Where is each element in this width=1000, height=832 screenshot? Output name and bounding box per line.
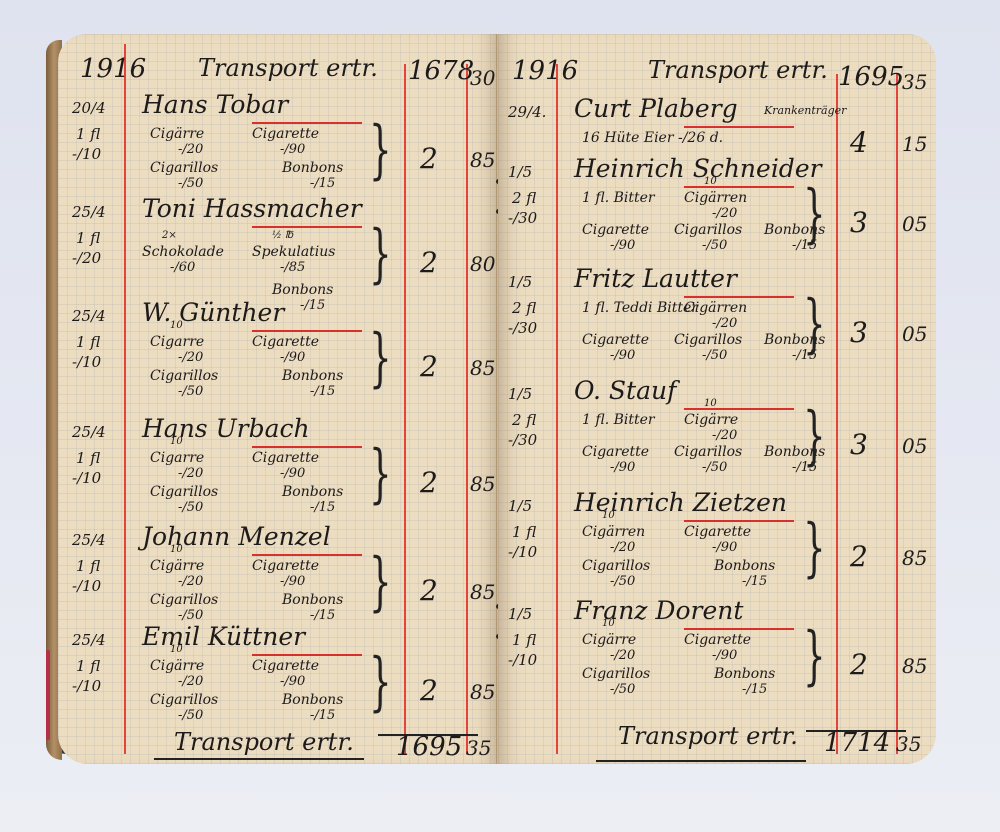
entry-total-marks: 3 [850,428,868,461]
entry-total-marks: 2 [420,574,438,607]
item-price: -/20 [712,206,737,221]
entry-deposit: -/30 [508,318,537,338]
carry-over-marks: 1695 [396,732,462,762]
name-underline [684,408,794,410]
item-group-brace: } [369,326,391,390]
item-price: -/50 [178,384,203,399]
item-price: -/50 [702,460,727,475]
entry-date: 1/5 [508,384,532,404]
item-price: -/15 [742,682,767,697]
item-qty-note: 10 [704,398,717,409]
item-price: -/20 [712,428,737,443]
item-label: 1 fl. Bitter [582,412,655,428]
entry-deposit: -/20 [72,248,101,268]
customer-name: Hans Tobar [142,90,288,119]
item-group-brace: } [369,118,391,182]
carry-over-label: Transport ertr. [618,722,798,750]
item-label: Cigarillos [150,484,218,500]
item-label: Cigarillos [582,558,650,574]
item-label: Bonbons [282,592,343,608]
item-label: Cigarillos [150,160,218,176]
item-price: -/15 [310,608,335,623]
item-price: -/50 [702,238,727,253]
entry-total-pfennig: 05 [902,434,927,458]
item-price: -/20 [178,350,203,365]
date-margin-rule [124,44,126,754]
item-group-brace: } [369,222,391,286]
name-underline [252,122,362,124]
item-label: Cigärre [150,126,204,142]
item-price: -/20 [610,648,635,663]
item-price: -/15 [310,384,335,399]
customer-name: Franz Dorent [574,596,743,625]
item-price: -/90 [280,466,305,481]
item-label: Cigarette [252,334,319,350]
item-label: Cigärre [582,632,636,648]
item-label: Cigarette [252,658,319,674]
entry-bottle-qty: 1 fl [512,522,536,542]
item-price: -/15 [310,500,335,515]
entry-total-marks: 2 [420,142,438,175]
item-price: -/90 [280,674,305,689]
entry-total-marks: 2 [420,674,438,707]
item-label: 1 fl. Bitter [582,190,655,206]
item-label: Cigarette [252,126,319,142]
entry-bottle-qty: 1 fl [76,556,100,576]
entry-bottle-qty: 1 fl [76,448,100,468]
item-label: Cigärren [582,524,645,540]
entry-total-marks: 4 [850,126,868,159]
entry-date: 1/5 [508,604,532,624]
name-underline [684,186,794,188]
carried-forward-label: Transport ertr. [648,56,828,84]
entry-deposit: -/10 [508,542,537,562]
customer-name: Curt Plaberg [574,94,738,123]
item-price: -/90 [280,574,305,589]
carried-forward-marks: 1695 [838,62,904,92]
item-label: Cigärre [684,412,738,428]
name-underline [684,628,794,630]
item-label: 1 fl. Teddi Bitter [582,300,698,316]
name-underline [684,296,794,298]
name-underline [252,226,362,228]
name-underline [252,654,362,656]
entry-total-marks: 2 [420,466,438,499]
entry-total-pfennig: 05 [902,212,927,236]
ledger-book: 1916 Transport ertr. 1678 30 20/41 fl-/1… [46,34,936,774]
item-qty-note: 2× [162,230,177,241]
page-year: 1916 [512,56,578,86]
item-price: -/20 [178,142,203,157]
item-label: Cigarillos [674,332,742,348]
entry-date: 25/4 [72,202,106,222]
item-group-brace: } [803,182,825,246]
transport-underline [596,760,806,762]
item-group-brace: } [803,516,825,580]
item-label: Cigarette [252,450,319,466]
item-price: -/60 [170,260,195,275]
item-label: Bonbons [714,558,775,574]
name-underline [684,126,794,128]
carry-over-pfennig: 35 [896,732,921,756]
item-label: Cigärre [150,558,204,574]
entry-deposit: -/30 [508,430,537,450]
item-price: -/90 [610,348,635,363]
item-price: -/50 [178,500,203,515]
customer-name: Hans Urbach [142,414,310,443]
entry-date: 1/5 [508,162,532,182]
item-qty-note: 10 [170,320,183,331]
entry-deposit: -/10 [72,352,101,372]
entry-bottle-qty: 2 fl [512,410,536,430]
item-line: 16 Hüte Eier -/26 d. [582,130,723,146]
item-label: Cigarillos [150,368,218,384]
entry-date: 25/4 [72,630,106,650]
right-page: 1916 Transport ertr. 1695 35 29/4.Curt P… [498,34,936,764]
entry-deposit: -/10 [72,144,101,164]
entry-bottle-qty: 1 fl [76,228,100,248]
item-price: -/20 [178,674,203,689]
item-label: Cigarre [150,450,204,466]
entry-deposit: -/10 [72,676,101,696]
item-price: -/20 [178,466,203,481]
entry-deposit: -/10 [508,650,537,670]
item-price: -/15 [742,574,767,589]
item-label: Cigarre [150,334,204,350]
entry-bottle-qty: 1 fl [76,124,100,144]
entry-total-pfennig: 15 [902,132,927,156]
item-group-brace: } [369,650,391,714]
item-price: -/90 [610,238,635,253]
item-label: Cigarette [684,632,751,648]
item-label: Bonbons [282,692,343,708]
item-price: -/50 [610,574,635,589]
item-price: -/85 [280,260,305,275]
item-label: Cigarillos [674,444,742,460]
entry-date: 25/4 [72,306,106,326]
entry-deposit: -/30 [508,208,537,228]
item-label: Cigarillos [674,222,742,238]
entry-total-pfennig: 80 [470,252,495,276]
entry-bottle-qty: 1 fl [512,630,536,650]
item-label: Cigarette [582,222,649,238]
item-label: Schokolade [142,244,224,260]
entry-total-marks: 3 [850,316,868,349]
item-price: -/15 [300,298,325,313]
entry-total-marks: 2 [420,350,438,383]
item-price: -/15 [310,176,335,191]
entry-deposit: -/10 [72,468,101,488]
item-label: Spekulatius [252,244,335,260]
name-underline [252,330,362,332]
item-qty-note: 10 [602,510,615,521]
entry-total-marks: 2 [850,540,868,573]
entry-bottle-qty: 2 fl [512,298,536,318]
item-label: Bonbons [272,282,333,298]
item-qty-note: 10 [602,618,615,629]
pfennig-column-rule [896,74,898,754]
item-label: Cigarillos [150,692,218,708]
entry-total-pfennig: 85 [470,680,495,704]
item-label: Bonbons [282,484,343,500]
item-group-brace: } [803,624,825,688]
entry-bottle-qty: 2 fl [512,188,536,208]
item-label: Bonbons [282,160,343,176]
entry-total-pfennig: 85 [470,472,495,496]
customer-name: W. Günther [142,298,284,327]
item-price: -/90 [712,648,737,663]
item-label: Cigarette [684,524,751,540]
item-price: -/90 [280,142,305,157]
transport-underline [154,758,364,760]
name-underline [252,554,362,556]
entry-total-marks: 2 [850,648,868,681]
entry-date: 25/4 [72,530,106,550]
left-page: 1916 Transport ertr. 1678 30 20/41 fl-/1… [58,34,498,764]
page-year: 1916 [80,54,146,84]
entry-total-pfennig: 85 [470,148,495,172]
item-price: -/15 [310,708,335,723]
item-label: Cigarillos [582,666,650,682]
entry-total-pfennig: 85 [470,356,495,380]
customer-note: Krankenträger [764,104,846,117]
customer-name: Fritz Lautter [574,264,737,293]
item-group-brace: } [803,404,825,468]
item-group-brace: } [369,442,391,506]
item-qty-note: 10 [704,176,717,187]
carried-forward-label: Transport ertr. [198,54,378,82]
item-qty-note: ½ ℔ [272,230,293,241]
item-price: -/50 [178,708,203,723]
item-label: Cigarette [252,558,319,574]
item-price: -/50 [178,176,203,191]
name-underline [684,520,794,522]
carry-over-pfennig: 35 [466,736,491,760]
entry-total-pfennig: 85 [470,580,495,604]
customer-name: Heinrich Schneider [574,154,822,183]
carry-over-label: Transport ertr. [174,728,354,756]
entry-total-pfennig: 85 [902,654,927,678]
item-qty-note: 10 [170,436,183,447]
entry-bottle-qty: 1 fl [76,656,100,676]
item-qty-note: 10 [170,644,183,655]
item-group-brace: } [369,550,391,614]
carried-forward-pfennig: 30 [470,66,495,90]
item-label: Bonbons [282,368,343,384]
customer-name: Toni Hassmacher [142,194,362,223]
item-label: Cigarette [582,444,649,460]
carried-forward-marks: 1678 [408,56,474,86]
marks-column-rule [836,74,838,754]
name-underline [252,446,362,448]
item-label: Bonbons [714,666,775,682]
entry-date: 29/4. [508,102,546,122]
date-margin-rule [556,64,558,754]
entry-total-marks: 2 [420,246,438,279]
carried-forward-pfennig: 35 [902,70,927,94]
item-label: Cigärren [684,300,747,316]
item-price: -/20 [610,540,635,555]
entry-total-marks: 3 [850,206,868,239]
item-group-brace: } [803,292,825,356]
customer-name: Emil Küttner [142,622,305,651]
item-price: -/90 [610,460,635,475]
item-price: -/90 [280,350,305,365]
item-qty-note: 10 [170,544,183,555]
carry-over-marks: 1714 [824,728,890,758]
item-price: -/90 [712,540,737,555]
pfennig-column-rule [466,64,468,754]
customer-name: O. Stauf [574,376,676,405]
item-price: -/50 [178,608,203,623]
item-price: -/20 [712,316,737,331]
entry-date: 1/5 [508,272,532,292]
entry-bottle-qty: 1 fl [76,332,100,352]
item-price: -/20 [178,574,203,589]
entry-total-pfennig: 85 [902,546,927,570]
entry-date: 1/5 [508,496,532,516]
marks-column-rule [404,64,406,754]
item-label: Cigarillos [150,592,218,608]
item-price: -/50 [702,348,727,363]
item-label: Cigärre [150,658,204,674]
entry-date: 20/4 [72,98,106,118]
item-price: -/50 [610,682,635,697]
item-label: Cigarette [582,332,649,348]
entry-total-pfennig: 05 [902,322,927,346]
item-label: Cigärren [684,190,747,206]
entry-deposit: -/10 [72,576,101,596]
entry-date: 25/4 [72,422,106,442]
